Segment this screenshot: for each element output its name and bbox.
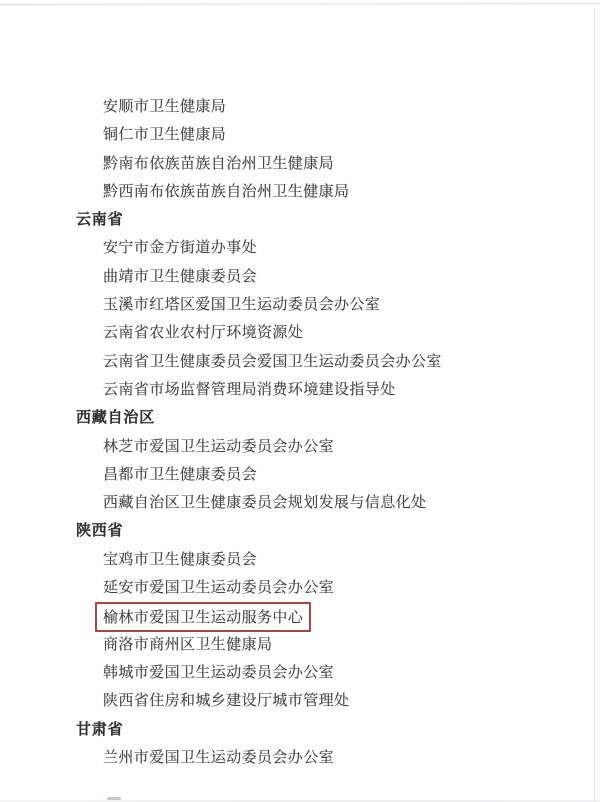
highlighted-org-item: 榆林市爱国卫生运动服务中心 [76,602,576,630]
org-name-text: 陕西省住房和城乡建设厅城市管理处 [103,693,349,709]
org-list-item: 延安市爱国卫生运动委员会办公室 [76,574,576,602]
org-name-text: 兰州市爱国卫生运动委员会办公室 [103,750,334,766]
org-name-text: 昌都市卫生健康委员会 [103,467,257,483]
org-list-item: 曲靖市卫生健康委员会 [76,263,576,291]
org-name-text: 林芝市爱国卫生运动委员会办公室 [103,439,334,455]
org-name-text: 黔南布依族苗族自治州卫生健康局 [103,156,334,172]
org-list-item: 安顺市卫生健康局 [76,93,576,121]
org-list-item: 黔南布依族苗族自治州卫生健康局 [76,150,576,178]
province-header: 甘肃省 [76,716,576,744]
org-name-text: 玉溪市红塔区爱国卫生运动委员会办公室 [103,297,380,313]
org-name-text: 延安市爱国卫生运动委员会办公室 [103,580,334,596]
org-name-text: 曲靖市卫生健康委员会 [103,269,257,285]
scan-edge-artifact-top [0,2,600,5]
org-name-text: 西藏自治区卫生健康委员会规划发展与信息化处 [103,495,426,511]
org-list-item: 兰州市爱国卫生运动委员会办公室 [76,744,576,772]
scan-edge-artifact-right [594,8,595,802]
org-name-text: 云南省卫生健康委员会爱国卫生运动委员会办公室 [103,354,442,370]
province-header: 陕西省 [76,517,576,545]
org-name-text: 黔西南布依族苗族自治州卫生健康局 [103,184,349,200]
province-header: 西藏自治区 [76,404,576,432]
scan-artifact-cutoff-text [107,797,121,800]
org-name-list: 安顺市卫生健康局铜仁市卫生健康局黔南布依族苗族自治州卫生健康局黔西南布依族苗族自… [76,93,576,772]
org-list-item: 陕西省住房和城乡建设厅城市管理处 [76,687,576,715]
org-list-item: 昌都市卫生健康委员会 [76,461,576,489]
org-list-item: 宝鸡市卫生健康委员会 [76,546,576,574]
org-name-text: 宝鸡市卫生健康委员会 [103,552,257,568]
org-name-text: 铜仁市卫生健康局 [103,127,226,143]
scanned-document-page: 安顺市卫生健康局铜仁市卫生健康局黔南布依族苗族自治州卫生健康局黔西南布依族苗族自… [0,0,600,802]
org-name-text: 云南省市场监督管理局消费环境建设指导处 [103,382,396,398]
org-list-item: 安宁市金方街道办事处 [76,234,576,262]
org-list-item: 铜仁市卫生健康局 [76,121,576,149]
org-list-item: 商洛市商州区卫生健康局 [76,631,576,659]
org-name-text: 安顺市卫生健康局 [103,99,226,115]
org-list-item: 黔西南布依族苗族自治州卫生健康局 [76,178,576,206]
highlight-red-box: 榆林市爱国卫生运动服务中心 [95,602,311,632]
org-list-item: 云南省农业农村厅环境资源处 [76,319,576,347]
province-header: 云南省 [76,206,576,234]
org-list-item: 云南省市场监督管理局消费环境建设指导处 [76,376,576,404]
org-list-item: 林芝市爱国卫生运动委员会办公室 [76,433,576,461]
org-name-text: 安宁市金方街道办事处 [103,240,257,256]
org-name-text: 云南省农业农村厅环境资源处 [103,325,303,341]
org-name-text: 韩城市爱国卫生运动委员会办公室 [103,665,334,681]
org-list-item: 西藏自治区卫生健康委员会规划发展与信息化处 [76,489,576,517]
org-list-item: 玉溪市红塔区爱国卫生运动委员会办公室 [76,291,576,319]
org-list-item: 云南省卫生健康委员会爱国卫生运动委员会办公室 [76,348,576,376]
org-list-item: 韩城市爱国卫生运动委员会办公室 [76,659,576,687]
org-name-text: 商洛市商州区卫生健康局 [103,637,272,653]
